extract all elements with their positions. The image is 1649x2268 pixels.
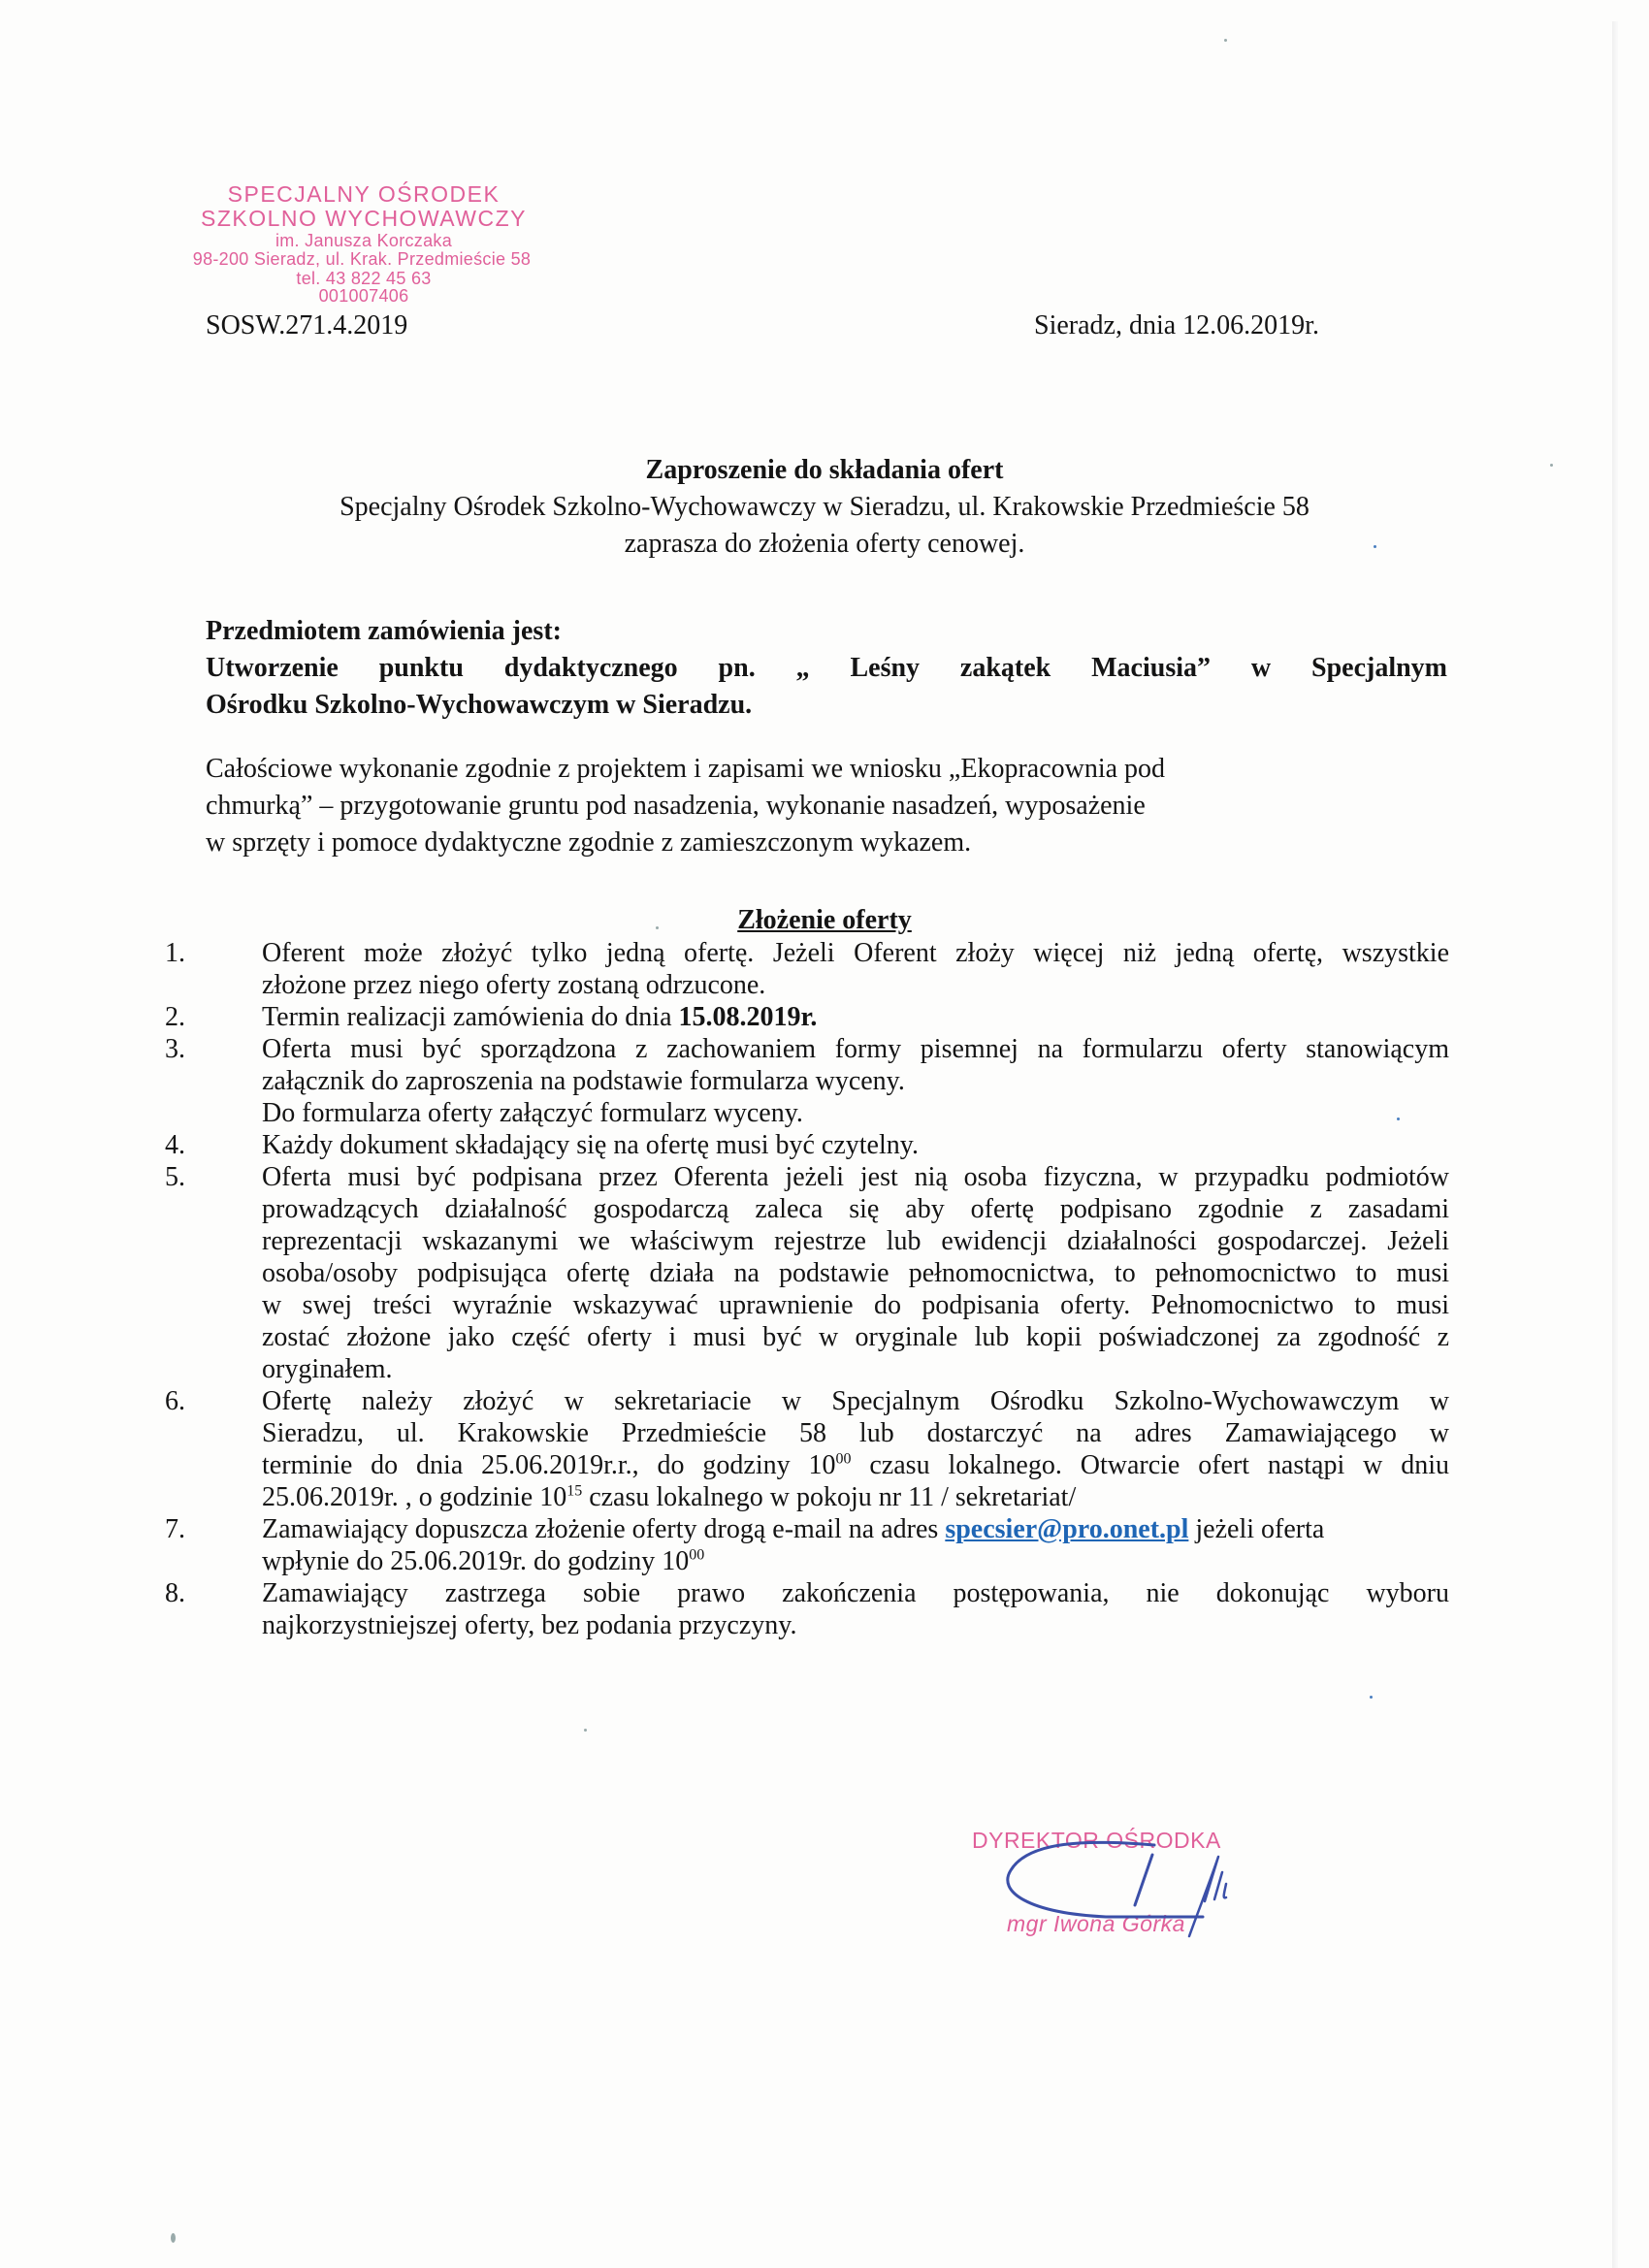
subject-line-1: Utworzenie punktu dydaktycznego pn. „ Le… [206, 650, 1447, 687]
handwritten-signature-icon [960, 1812, 1271, 1967]
institution-stamp: SPECJALNY OŚRODEK SZKOLNO WYCHOWAWCZY im… [175, 182, 553, 307]
title-block: Zaproszenie do składania ofert Specjalny… [194, 452, 1455, 563]
scan-speck [1224, 39, 1227, 42]
scan-edge-shadow [1612, 21, 1618, 2268]
list-item: 4. Każdy dokument składający się na ofer… [165, 1129, 1449, 1161]
description-line-1: Całościowe wykonanie zgodnie z projektem… [206, 751, 1447, 788]
email-link[interactable]: specsier@pro.onet.pl [945, 1514, 1188, 1544]
scan-speck [1370, 1696, 1373, 1699]
scan-speck [1397, 1118, 1400, 1120]
description-line-2: chmurką” – przygotowanie gruntu pod nasa… [206, 788, 1447, 825]
document-title: Zaproszenie do składania ofert [194, 452, 1455, 489]
scan-speck [1550, 464, 1553, 467]
list-item: 1. Oferent może złożyć tylko jedną ofert… [165, 937, 1449, 1001]
invitation-purpose: zaprasza do złożenia oferty cenowej. [194, 526, 1455, 563]
scan-speck [1374, 545, 1376, 548]
description-line-3: w sprzęty i pomoce dydaktyczne zgodnie z… [206, 825, 1447, 861]
order-subject: Przedmiotem zamówienia jest: Utworzenie … [206, 613, 1447, 724]
section-title-offer-submission: Złożenie oferty [194, 902, 1455, 939]
subject-label: Przedmiotem zamówienia jest: [206, 613, 1447, 650]
stamp-line-type: SZKOLNO WYCHOWAWCZY [175, 207, 553, 231]
list-item: 7. Zamawiający dopuszcza złożenie oferty… [165, 1513, 1449, 1577]
offer-conditions-list: 1. Oferent może złożyć tylko jedną ofert… [165, 937, 1449, 1641]
completion-deadline: 15.08.2019r. [679, 1002, 818, 1032]
list-item: 2. Termin realizacji zamówienia do dnia … [165, 1001, 1449, 1033]
scan-speck [656, 926, 659, 929]
inviting-institution: Specjalny Ośrodek Szkolno-Wychowawczy w … [194, 489, 1455, 526]
scan-speck [584, 1729, 587, 1732]
list-item: 5. Oferta musi być podpisana przez Ofere… [165, 1161, 1449, 1385]
stamp-line-name: SPECJALNY OŚRODEK [175, 182, 553, 207]
order-description: Całościowe wykonanie zgodnie z projektem… [206, 751, 1447, 861]
list-item: 6. Ofertę należy złożyć w sekretariacie … [165, 1385, 1449, 1513]
list-item: 8. Zamawiający zastrzega sobie prawo zak… [165, 1577, 1449, 1641]
subject-line-2: Ośrodku Szkolno-Wychowawczym w Sieradzu. [206, 687, 1447, 724]
scan-speck [171, 2233, 176, 2243]
scanned-document-page: SPECJALNY OŚRODEK SZKOLNO WYCHOWAWCZY im… [0, 0, 1649, 2268]
place-date: Sieradz, dnia 12.06.2019r. [1034, 310, 1319, 341]
stamp-line-address: 98-200 Sieradz, ul. Krak. Przedmieście 5… [171, 250, 553, 270]
stamp-line-regon: 001007406 [175, 287, 553, 307]
reference-number: SOSW.271.4.2019 [206, 310, 407, 341]
list-item: 3. Oferta musi być sporządzona z zachowa… [165, 1033, 1449, 1129]
director-signature-block: DYREKTOR OŚRODKA mgr Iwona Górka [960, 1812, 1271, 1967]
stamp-line-patron: im. Janusza Korczaka [175, 232, 553, 251]
